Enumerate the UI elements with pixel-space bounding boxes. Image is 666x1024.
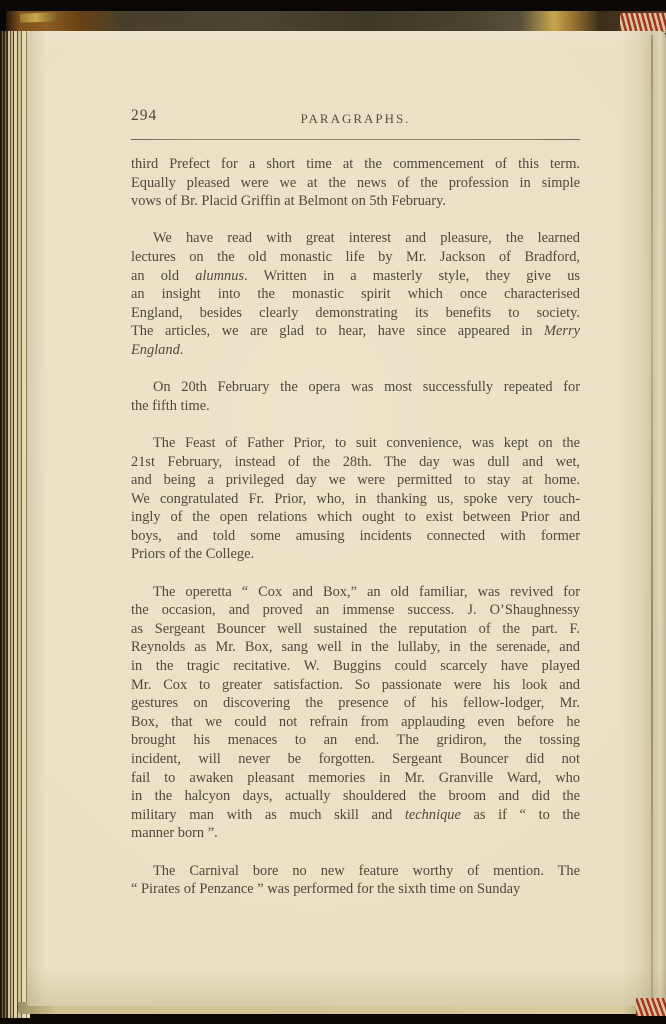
text-line: the fifth time. [131,397,580,416]
text-line: and being a privileged day we were permi… [131,471,580,490]
running-header: PARAGRAPHS. [131,111,580,127]
text-line: incident, will never be forgotten. Serge… [131,750,580,769]
text-line: an insight into the monastic spirit whic… [131,285,580,304]
text-line: Box, that we could not refrain from appl… [131,713,580,732]
text-line: The operetta “ Cox and Box,” an old fami… [131,583,580,602]
worn-leather-chip [20,12,58,22]
text-line: manner born ”. [131,824,580,843]
text-line: The articles, we are glad to hear, have … [131,322,580,341]
text-line: boys, and told some amusing incidents co… [131,527,580,546]
text-line: brought his menaces to an end. The gridi… [131,731,580,750]
scanned-book-photo: 294 PARAGRAPHS. third Prefect for a shor… [0,0,666,1024]
text-line: We congratulated Fr. Prior, who, in than… [131,490,580,509]
text-line: the occasion, and proved an immense succ… [131,601,580,620]
gutter-shadow [620,31,666,1006]
text-line: On 20th February the opera was most succ… [131,378,580,397]
text-line: 21st February, instead of the 28th. The … [131,453,580,472]
text-line: Equally pleased were we at the news of t… [131,174,580,193]
text-line: an old alumnus. Written in a masterly st… [131,267,580,286]
book-page: 294 PARAGRAPHS. third Prefect for a shor… [27,31,666,1006]
text-line: Reynolds as Mr. Box, sang well in the lu… [131,638,580,657]
paragraph: The operetta “ Cox and Box,” an old fami… [131,583,580,843]
text-line: “ Pirates of Penzance ” was performed fo… [131,880,580,899]
text-line: gestures on discovering the presence of … [131,694,580,713]
text-line: military man with as much skill and tech… [131,806,580,825]
paragraph: third Prefect for a short time at the co… [131,155,580,211]
text-line: in the tragic recitative. W. Buggins cou… [131,657,580,676]
text-line: Priors of the College. [131,545,580,564]
text-block: third Prefect for a short time at the co… [131,155,580,917]
paragraph: The Feast of Father Prior, to suit conve… [131,434,580,564]
text-line: The Feast of Father Prior, to suit conve… [131,434,580,453]
page-edges-left [0,31,30,1018]
text-line: England, besides clearly demonstrating i… [131,304,580,323]
headband-top [620,13,666,33]
page-crease [651,35,653,1004]
text-line: The Carnival bore no new feature worthy … [131,862,580,881]
header-rule [131,139,580,140]
headband-bottom [636,998,666,1016]
text-line: vows of Br. Placid Griffin at Belmont on… [131,192,580,211]
text-line: as Sergeant Bouncer well sustained the r… [131,620,580,639]
paragraph: The Carnival bore no new feature worthy … [131,862,580,899]
text-line: England. [131,341,580,360]
paragraph: On 20th February the opera was most succ… [131,378,580,415]
paragraph: We have read with great interest and ple… [131,229,580,359]
text-line: in the halcyon days, actually shouldered… [131,787,580,806]
text-line: third Prefect for a short time at the co… [131,155,580,174]
text-line: ingly of the open relations which ought … [131,508,580,527]
text-line: We have read with great interest and ple… [131,229,580,248]
text-line: Mr. Cox to greater satisfaction. So pass… [131,676,580,695]
text-line: lectures on the old monastic life by Mr.… [131,248,580,267]
text-line: fail to awaken pleasant memories in Mr. … [131,769,580,788]
